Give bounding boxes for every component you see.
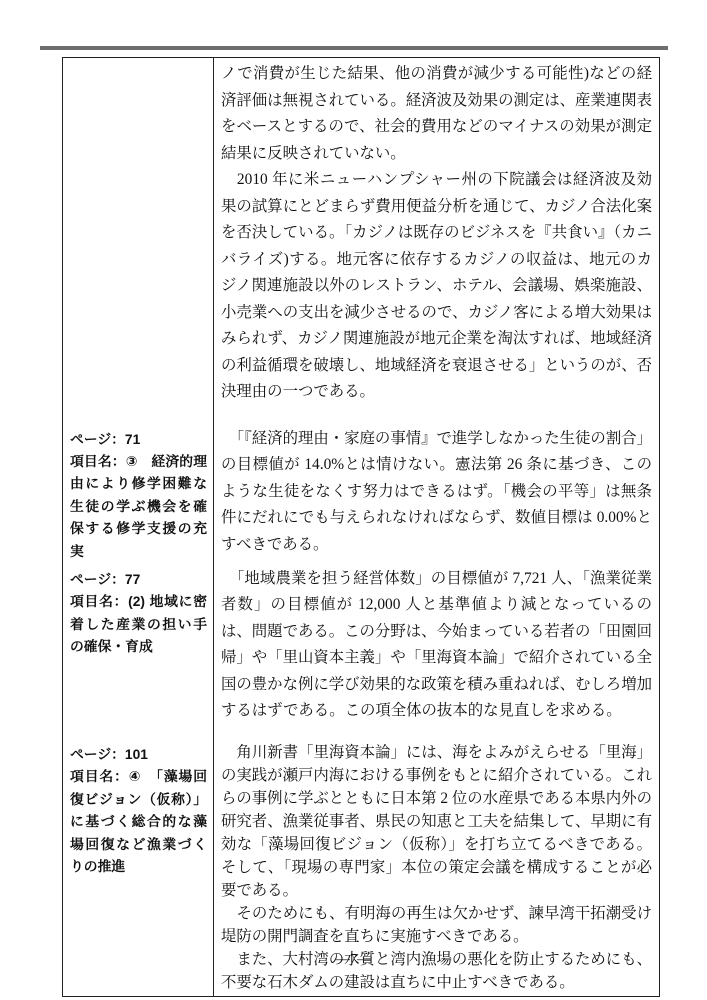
row-page-label: ページ：101 (70, 744, 207, 766)
table-row-page-71: ページ：71 項目名：③ 経済的理由により修学困難な生徒の学ぶ機会を確保する修学… (63, 423, 660, 563)
body-cell: 「『経済的理由・家庭の事情』で進学しなかった生徒の割合」の目標値が 14.0%と… (214, 423, 660, 563)
body-cell: ノで消費が生じた結果、他の消費が減少する可能性)などの経済評価は無視されている。… (214, 58, 660, 423)
label-cell: ページ：71 項目名：③ 経済的理由により修学困難な生徒の学ぶ機会を確保する修学… (63, 423, 214, 563)
label-cell-empty (63, 58, 214, 423)
top-rule-divider (40, 46, 668, 50)
row-page-label: ページ：71 (70, 429, 207, 451)
table-row-continuation: ノで消費が生じた結果、他の消費が減少する可能性)などの経済評価は無視されている。… (63, 58, 660, 423)
row-item-label: 項目名：(2) 地域に密着した産業の担い手の確保・育成 (70, 591, 207, 658)
label-cell: ページ：77 項目名：(2) 地域に密着した産業の担い手の確保・育成 (63, 563, 214, 738)
table-row-page-77: ページ：77 項目名：(2) 地域に密着した産業の担い手の確保・育成 「地域農業… (63, 563, 660, 738)
row-item-label: 項目名：③ 経済的理由により修学困難な生徒の学ぶ機会を確保する修学支援の充実 (70, 451, 207, 563)
body-paragraph: 「地域農業を担う経営体数」の目標値が 7,721 人、「漁業従業者数」の目標値が… (221, 566, 652, 725)
body-paragraph: 角川新書「里海資本論」には、海をよみがえらせる「里海」の実践が瀬戸内海における事… (221, 741, 652, 902)
body-cell: 「地域農業を担う経営体数」の目標値が 7,721 人、「漁業従業者数」の目標値が… (214, 563, 660, 738)
row-page-label: ページ：77 (70, 569, 207, 591)
document-page: ノで消費が生じた結果、他の消費が減少する可能性)などの経済評価は無視されている。… (0, 0, 707, 1000)
review-table: ノで消費が生じた結果、他の消費が減少する可能性)などの経済評価は無視されている。… (62, 57, 660, 997)
row-item-label: 項目名：④ 「藻場回復ビジョン（仮称）」に基づく総合的な藻場回復など漁業づくりの… (70, 766, 207, 878)
body-paragraph: 「『経済的理由・家庭の事情』で進学しなかった生徒の割合」の目標値が 14.0%と… (221, 426, 652, 559)
page-number: —7— (0, 952, 707, 968)
body-paragraph: ノで消費が生じた結果、他の消費が減少する可能性)などの経済評価は無視されている。… (221, 61, 652, 167)
body-paragraph: そのためにも、有明海の再生は欠かせず、諫早湾干拓潮受け堤防の開門調査を直ちに実施… (221, 902, 652, 948)
body-paragraph: 2010 年に米ニューハンプシャー州の下院議会は経済波及効果の試算にとどまらず費… (221, 167, 652, 406)
